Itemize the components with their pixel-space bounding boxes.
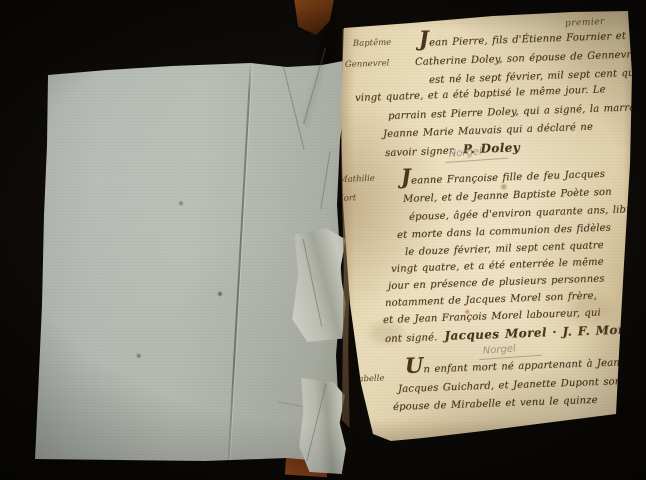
manuscript-line: Jeanne Françoise fille de feu Jacques	[401, 169, 605, 188]
manuscript-page: premier Baptême Gennevrel Jean Pierre, f…	[333, 4, 638, 450]
manuscript-line: et morte dans la communion des fidèles	[397, 223, 611, 242]
signature: Jacques Morel · J. F. Morel	[444, 322, 638, 343]
margin-note-entry1: Gennevrel	[345, 59, 390, 70]
manuscript-line: Jean Pierre, fils d'Étienne Fournier et …	[419, 30, 643, 49]
manuscript-line: parrain est Pierre Doley, qui a signé, l…	[388, 102, 646, 123]
manuscript-line: épouse, âgée d'environ quarante ans, lib…	[409, 204, 641, 224]
manuscript-line: notamment de Jacques Morel son frère,	[385, 291, 597, 310]
pencil-annotation: Norgel	[445, 146, 509, 163]
folio-annotation: premier	[565, 18, 605, 29]
fold-crease-highlight	[230, 60, 253, 459]
margin-note-entry1: Baptême	[353, 39, 392, 50]
manuscript-line-text: ont signé.	[385, 332, 438, 345]
manuscript-line: le douze février, mil sept cent quatre	[405, 240, 604, 258]
manuscript-line: Jeanne Marie Mauvais qui a déclaré ne	[383, 122, 593, 141]
manuscript-line: Morel, et de Jeanne Baptiste Poète son	[403, 187, 612, 206]
manuscript-line: jour en présence de plusieurs personnes	[388, 273, 605, 292]
crease-line	[320, 151, 330, 208]
manuscript-line: ont signé.Jacques Morel · J. F. Morel	[385, 323, 638, 346]
manuscript-line: Un enfant mort né appartenant à Jean	[405, 358, 620, 377]
scanned-register-spread: premier Baptême Gennevrel Jean Pierre, f…	[0, 0, 646, 480]
torn-page-stub-middle	[290, 228, 348, 342]
manuscript-line: vingt quatre, et a été enterrée le même	[391, 257, 604, 276]
manuscript-line: est né le sept février, mil sept cent qu…	[429, 67, 646, 86]
manuscript-line: vingt quatre, et a été baptisé le même j…	[355, 84, 606, 104]
manuscript-line: Jacques Guichard, et Jeanette Dupont son	[398, 376, 622, 395]
manuscript-line: épouse de Mirabelle et venu le quinze	[393, 395, 598, 414]
pencil-annotation: Norgel	[479, 343, 543, 360]
manuscript-line: Catherine Doley, son épouse de Gennevrel…	[415, 49, 644, 68]
margin-note-entry2: Mathilie	[339, 175, 375, 186]
